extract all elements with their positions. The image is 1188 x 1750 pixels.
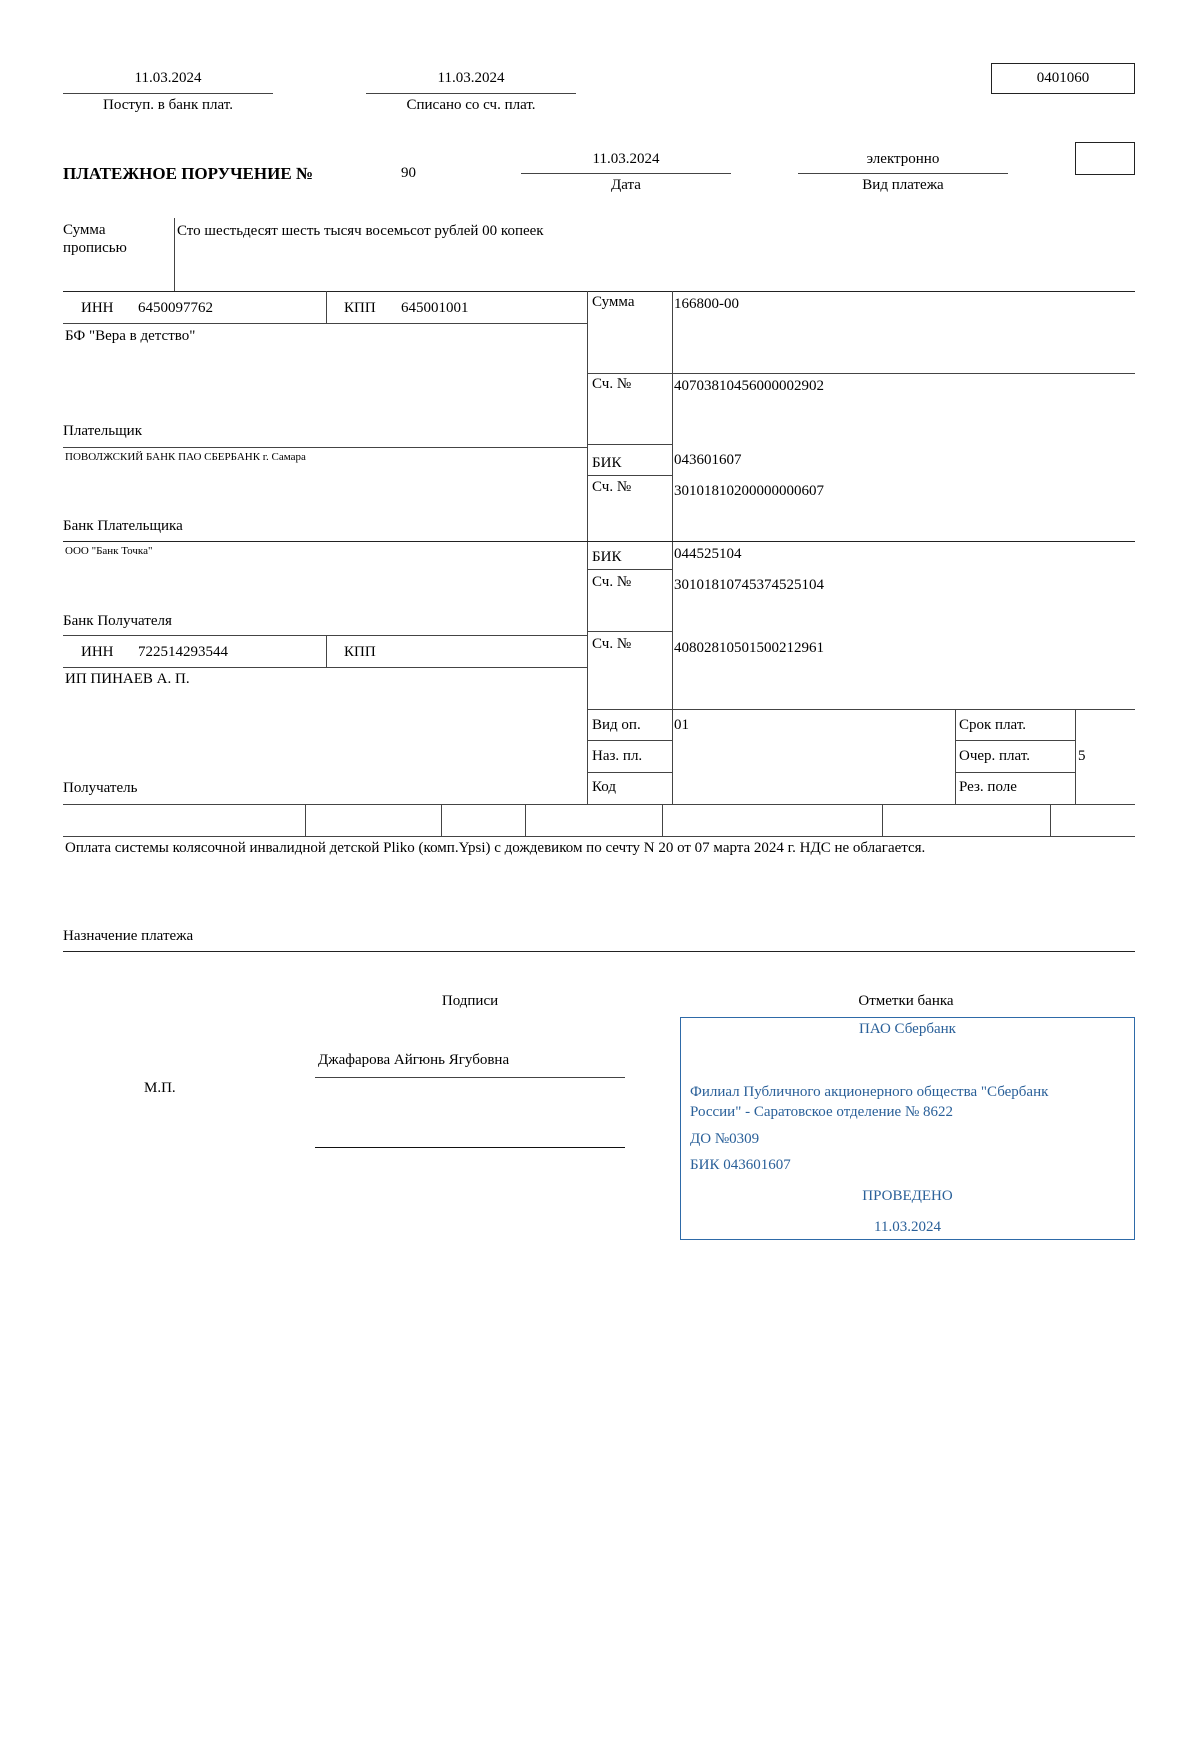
payer-bank-bik: 043601607 (674, 452, 742, 469)
divider (63, 447, 587, 448)
divider (1050, 804, 1051, 836)
status-box (1075, 142, 1135, 175)
signatures-label: Подписи (370, 993, 570, 1010)
payee-role-label: Получатель (63, 780, 137, 797)
payment-type: электронно (798, 151, 1008, 168)
stamp-office: ДО №0309 (690, 1131, 759, 1148)
divider (587, 740, 672, 741)
divider (672, 291, 673, 804)
divider (587, 569, 672, 570)
payer-account-label: Сч. № (592, 376, 631, 393)
stamp-bank: ПАО Сбербанк (681, 1021, 1134, 1038)
purpose-text: Оплата системы колясочной инвалидной дет… (65, 840, 925, 857)
divider (587, 772, 672, 773)
payer-inn: 6450097762 (138, 300, 213, 317)
order-date: 11.03.2024 (521, 151, 731, 168)
payee-bank-bik: 044525104 (674, 546, 742, 563)
payer-bank-bik-label: БИК (592, 455, 621, 472)
amount-words-label: Сумма прописью (63, 221, 127, 257)
code-label: Код (592, 779, 616, 796)
priority-value: 5 (1078, 748, 1086, 765)
due-label: Срок плат. (959, 717, 1026, 734)
payer-bank-name: ПОВОЛЖСКИЙ БАНК ПАО СБЕРБАНК г. Самара (65, 451, 306, 463)
bank-stamp: ПАО Сбербанк Филиал Публичного акционерн… (680, 1017, 1135, 1240)
payer-bank-account-label: Сч. № (592, 479, 631, 496)
stamp-status: ПРОВЕДЕНО (681, 1188, 1134, 1205)
payer-account: 40703810456000002902 (674, 378, 824, 395)
payee-name: ИП ПИНАЕВ А. П. (65, 671, 190, 688)
payee-bank-role-label: Банк Получателя (63, 613, 172, 630)
received-date: 11.03.2024 (63, 70, 273, 87)
divider (326, 291, 327, 323)
payee-account-label: Сч. № (592, 636, 631, 653)
signature-line (315, 1077, 625, 1078)
debited-date: 11.03.2024 (366, 70, 576, 87)
divider (366, 93, 576, 94)
signature-line (315, 1147, 625, 1148)
divider (63, 93, 273, 94)
signer-name: Джафарова Айгюнь Ягубовна (318, 1052, 509, 1069)
divider (521, 173, 731, 174)
divider (63, 667, 587, 668)
order-date-label: Дата (521, 177, 731, 194)
divider (326, 635, 327, 667)
amount-words-label-line2: прописью (63, 239, 127, 257)
divider (63, 951, 1135, 952)
divider (662, 804, 663, 836)
payer-role-label: Плательщик (63, 423, 142, 440)
payee-bank-account: 30101810745374525104 (674, 577, 824, 594)
divider (798, 173, 1008, 174)
bank-marks-label: Отметки банка (806, 993, 1006, 1010)
payer-kpp: 645001001 (401, 300, 469, 317)
priority-label: Очер. плат. (959, 748, 1030, 765)
stamp-branch-line1: Филиал Публичного акционерного общества … (690, 1084, 1048, 1101)
divider (63, 804, 1135, 805)
payment-type-label: Вид платежа (798, 177, 1008, 194)
amount-label: Сумма (592, 294, 634, 311)
divider (63, 323, 587, 324)
amount-words-label-line1: Сумма (63, 221, 127, 239)
divider (955, 772, 1075, 773)
divider (587, 709, 1135, 710)
payer-inn-label: ИНН (81, 300, 114, 317)
amount-value: 166800-00 (674, 296, 739, 313)
stamp-date: 11.03.2024 (681, 1219, 1134, 1236)
divider (955, 709, 956, 804)
payee-account: 40802810501500212961 (674, 640, 824, 657)
debited-label: Списано со сч. плат. (366, 97, 576, 114)
payee-inn-label: ИНН (81, 644, 114, 661)
reserve-label: Рез. поле (959, 779, 1017, 796)
divider (955, 740, 1075, 741)
payee-kpp-label: КПП (344, 644, 376, 661)
divider (587, 373, 1135, 374)
divider (587, 291, 588, 804)
payer-bank-role-label: Банк Плательщика (63, 518, 183, 535)
page-title: ПЛАТЕЖНОЕ ПОРУЧЕНИЕ № (63, 164, 313, 184)
stamp-branch-line2: России" - Саратовское отделение № 8622 (690, 1104, 953, 1121)
op-type-label: Вид оп. (592, 717, 641, 734)
purpose-label: Назначение платежа (63, 928, 193, 945)
payee-inn: 722514293544 (138, 644, 228, 661)
payee-bank-account-label: Сч. № (592, 574, 631, 591)
divider (63, 836, 1135, 837)
divider (525, 804, 526, 836)
received-label: Поступ. в банк плат. (63, 97, 273, 114)
op-type: 01 (674, 717, 689, 734)
divider (882, 804, 883, 836)
order-number: 90 (401, 165, 416, 182)
divider (587, 631, 672, 632)
divider (1075, 709, 1076, 804)
divider (63, 291, 1135, 292)
divider (63, 635, 587, 636)
seal-label: М.П. (144, 1080, 176, 1097)
form-code: 0401060 (991, 63, 1135, 94)
payee-bank-name: ООО "Банк Точка" (65, 545, 152, 557)
divider (587, 444, 672, 445)
divider (63, 541, 1135, 542)
payer-kpp-label: КПП (344, 300, 376, 317)
divider (441, 804, 442, 836)
purpose-code-label: Наз. пл. (592, 748, 642, 765)
divider (305, 804, 306, 836)
amount-words: Сто шестьдесят шесть тысяч восемьсот руб… (177, 223, 544, 240)
payee-bank-bik-label: БИК (592, 549, 621, 566)
payer-name: БФ "Вера в детство" (65, 328, 195, 345)
divider (174, 218, 175, 291)
stamp-bik: БИК 043601607 (690, 1157, 791, 1174)
divider (587, 475, 672, 476)
payer-bank-account: 30101810200000000607 (674, 483, 824, 500)
